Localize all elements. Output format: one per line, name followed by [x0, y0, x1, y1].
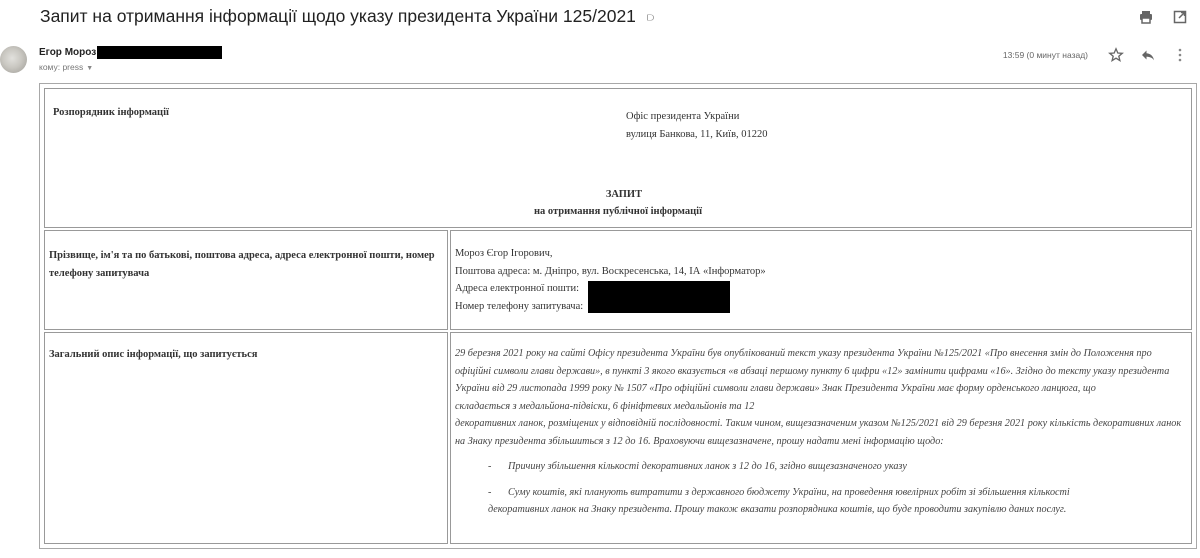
- addressee-name: Офіс президента України: [626, 108, 768, 126]
- description-paragraph: 29 березня 2021 року на сайті Офісу през…: [455, 345, 1187, 398]
- redacted-contact-info: [588, 281, 730, 313]
- recipient-text: кому: press: [39, 62, 83, 72]
- print-icon[interactable]: [1138, 9, 1154, 25]
- title-text: ЗАПИТ: [57, 186, 1191, 203]
- bullet-text: Причину збільшення кількості декоративни…: [508, 461, 907, 472]
- request-table: Розпорядник інформації Офіс президента У…: [42, 86, 1194, 546]
- email-subject: Запит на отримання інформації щодо указу…: [40, 6, 654, 27]
- description-text: 29 березня 2021 року на сайті Офісу през…: [450, 332, 1192, 544]
- list-item: -Причину збільшення кількості декоративн…: [455, 458, 1187, 476]
- addressee: Офіс президента України вулиця Банкова, …: [626, 108, 768, 144]
- list-item: -Суму коштів, які планують витратити з д…: [455, 484, 1187, 502]
- header-cell: Розпорядник інформації Офіс президента У…: [44, 88, 1192, 228]
- timestamp: 13:59 (0 минут назад): [1003, 50, 1088, 60]
- addressee-address: вулиця Банкова, 11, Київ, 01220: [626, 126, 768, 144]
- chevron-down-icon[interactable]: ▼: [86, 65, 93, 72]
- request-document: Розпорядник інформації Офіс президента У…: [39, 83, 1197, 549]
- requester-name: Мороз Єгор Ігорович,: [455, 245, 1187, 263]
- table-row: Прізвище, ім'я та по батькові, поштова а…: [44, 230, 1192, 330]
- label-icon[interactable]: ⫐: [647, 9, 655, 24]
- subtitle-text: на отримання публічної інформації: [45, 203, 1191, 220]
- email-label: Адреса електронної пошти:: [455, 283, 579, 294]
- message-meta: 13:59 (0 минут назад): [1003, 47, 1188, 63]
- reply-icon[interactable]: [1140, 47, 1156, 63]
- more-vert-icon[interactable]: [1172, 47, 1188, 63]
- sender-email-redacted: [97, 46, 222, 59]
- bullet-continuation: декоративних ланок на Знаку президента. …: [455, 501, 1187, 519]
- document-title: ЗАПИТ на отримання публічної інформації: [45, 186, 1191, 220]
- description-paragraph: декоративних ланок, розміщених у відпові…: [455, 415, 1187, 450]
- requester-postal: Поштова адреса: м. Дніпро, вул. Воскресе…: [455, 263, 1187, 281]
- requester-label: Прізвище, ім'я та по батькові, поштова а…: [44, 230, 448, 330]
- open-in-new-window-icon[interactable]: [1172, 9, 1188, 25]
- info-holder-label: Розпорядник інформації: [53, 107, 1183, 118]
- table-row: Загальний опис інформації, що запитуєтьс…: [44, 332, 1192, 544]
- bullet-marker: -: [488, 458, 508, 476]
- requester-phone: Номер телефону запитувача:: [455, 298, 1187, 316]
- recipient-details[interactable]: кому: press▼: [39, 62, 93, 72]
- bullet-marker: -: [488, 484, 508, 502]
- star-icon[interactable]: [1108, 47, 1124, 63]
- requester-email: Адреса електронної пошти:: [455, 280, 1187, 298]
- phone-label: Номер телефону запитувача:: [455, 301, 583, 312]
- table-row: Розпорядник інформації Офіс президента У…: [44, 88, 1192, 228]
- bullet-text: Суму коштів, які планують витратити з де…: [508, 487, 1070, 498]
- requester-details: Мороз Єгор Ігорович, Поштова адреса: м. …: [450, 230, 1192, 330]
- subject-text: Запит на отримання інформації щодо указу…: [40, 6, 636, 26]
- description-label: Загальний опис інформації, що запитуєтьс…: [44, 332, 448, 544]
- top-actions: [1138, 9, 1188, 25]
- avatar[interactable]: [0, 46, 27, 73]
- sender-name[interactable]: Егор Мороз: [39, 47, 96, 58]
- description-paragraph: складається з медальйона-підвіски, 6 фін…: [455, 398, 1187, 416]
